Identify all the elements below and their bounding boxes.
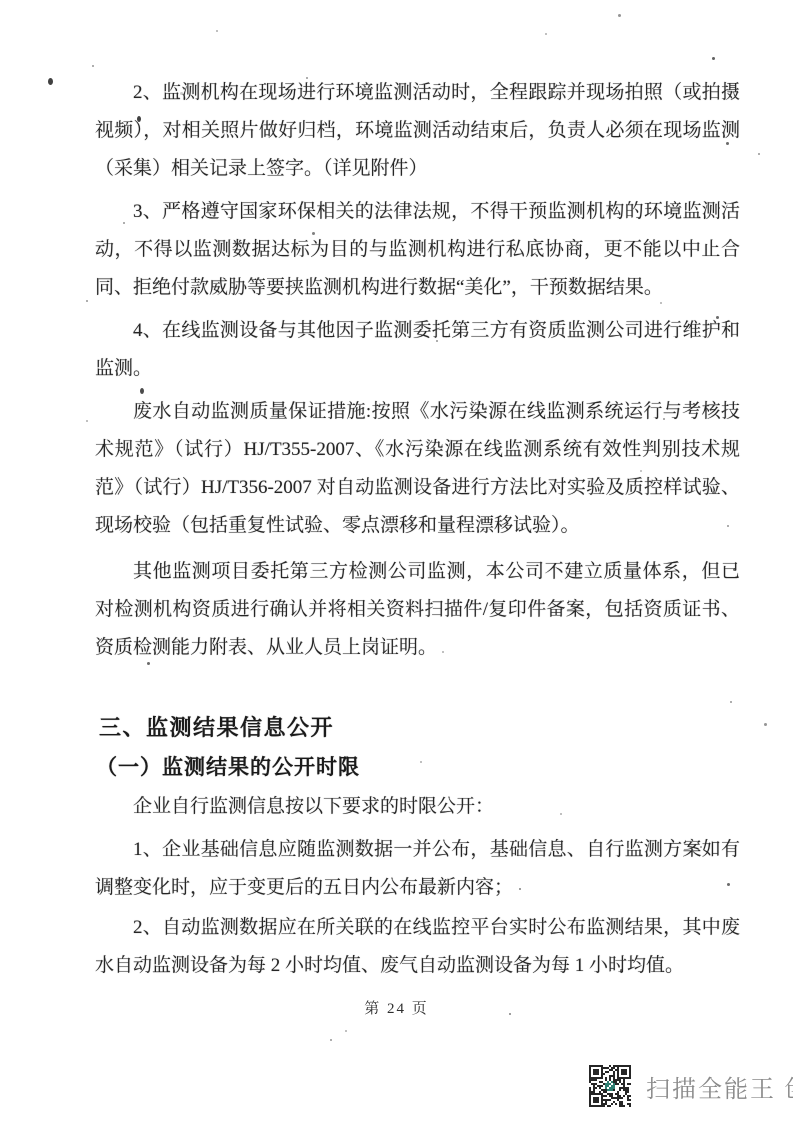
- watermark-label: 扫描全能王 创建: [646, 1069, 793, 1104]
- paragraph-wastewater-qa: 废水自动监测质量保证措施:按照《水污染源在线监测系统运行与考核技术规范》（试行）…: [95, 393, 740, 545]
- qr-code-icon: [588, 1064, 632, 1108]
- paragraph-item-4: 4、在线监测设备与其他因子监测委托第三方有资质监测公司进行维护和监测。: [95, 312, 740, 388]
- scanner-watermark: 扫描全能王 创建: [588, 1064, 793, 1108]
- paragraph-item-2: 2、监测机构在现场进行环境监测活动时，全程跟踪并现场拍照（或拍摄视频），对相关照…: [95, 74, 740, 188]
- paragraph-intro-line: 企业自行监测信息按以下要求的时限公开：: [95, 788, 740, 826]
- sub-heading: （一）监测结果的公开时限: [96, 748, 740, 788]
- paragraph-item-3: 3、严格遵守国家环保相关的法律法规，不得干预监测机构的环境监测活动，不得以监测数…: [95, 193, 740, 307]
- document-body: 2、监测机构在现场进行环境监测活动时，全程跟踪并现场拍照（或拍摄视频），对相关照…: [95, 74, 740, 985]
- page-number: 第 24 页: [0, 997, 793, 1018]
- paragraph-list-item-1: 1、企业基础信息应随监测数据一并公布，基础信息、自行监测方案如有调整变化时，应于…: [95, 831, 740, 907]
- scanned-document-page: 2、监测机构在现场进行环境监测活动时，全程跟踪并现场拍照（或拍摄视频），对相关照…: [0, 0, 793, 1123]
- paragraph-other-monitoring: 其他监测项目委托第三方检测公司监测，本公司不建立质量体系，但已对检测机构资质进行…: [95, 553, 740, 667]
- paragraph-list-item-2: 2、自动监测数据应在所关联的在线监控平台实时公布监测结果，其中废水自动监测设备为…: [95, 909, 740, 985]
- section-heading: 三、监测结果信息公开: [99, 708, 740, 748]
